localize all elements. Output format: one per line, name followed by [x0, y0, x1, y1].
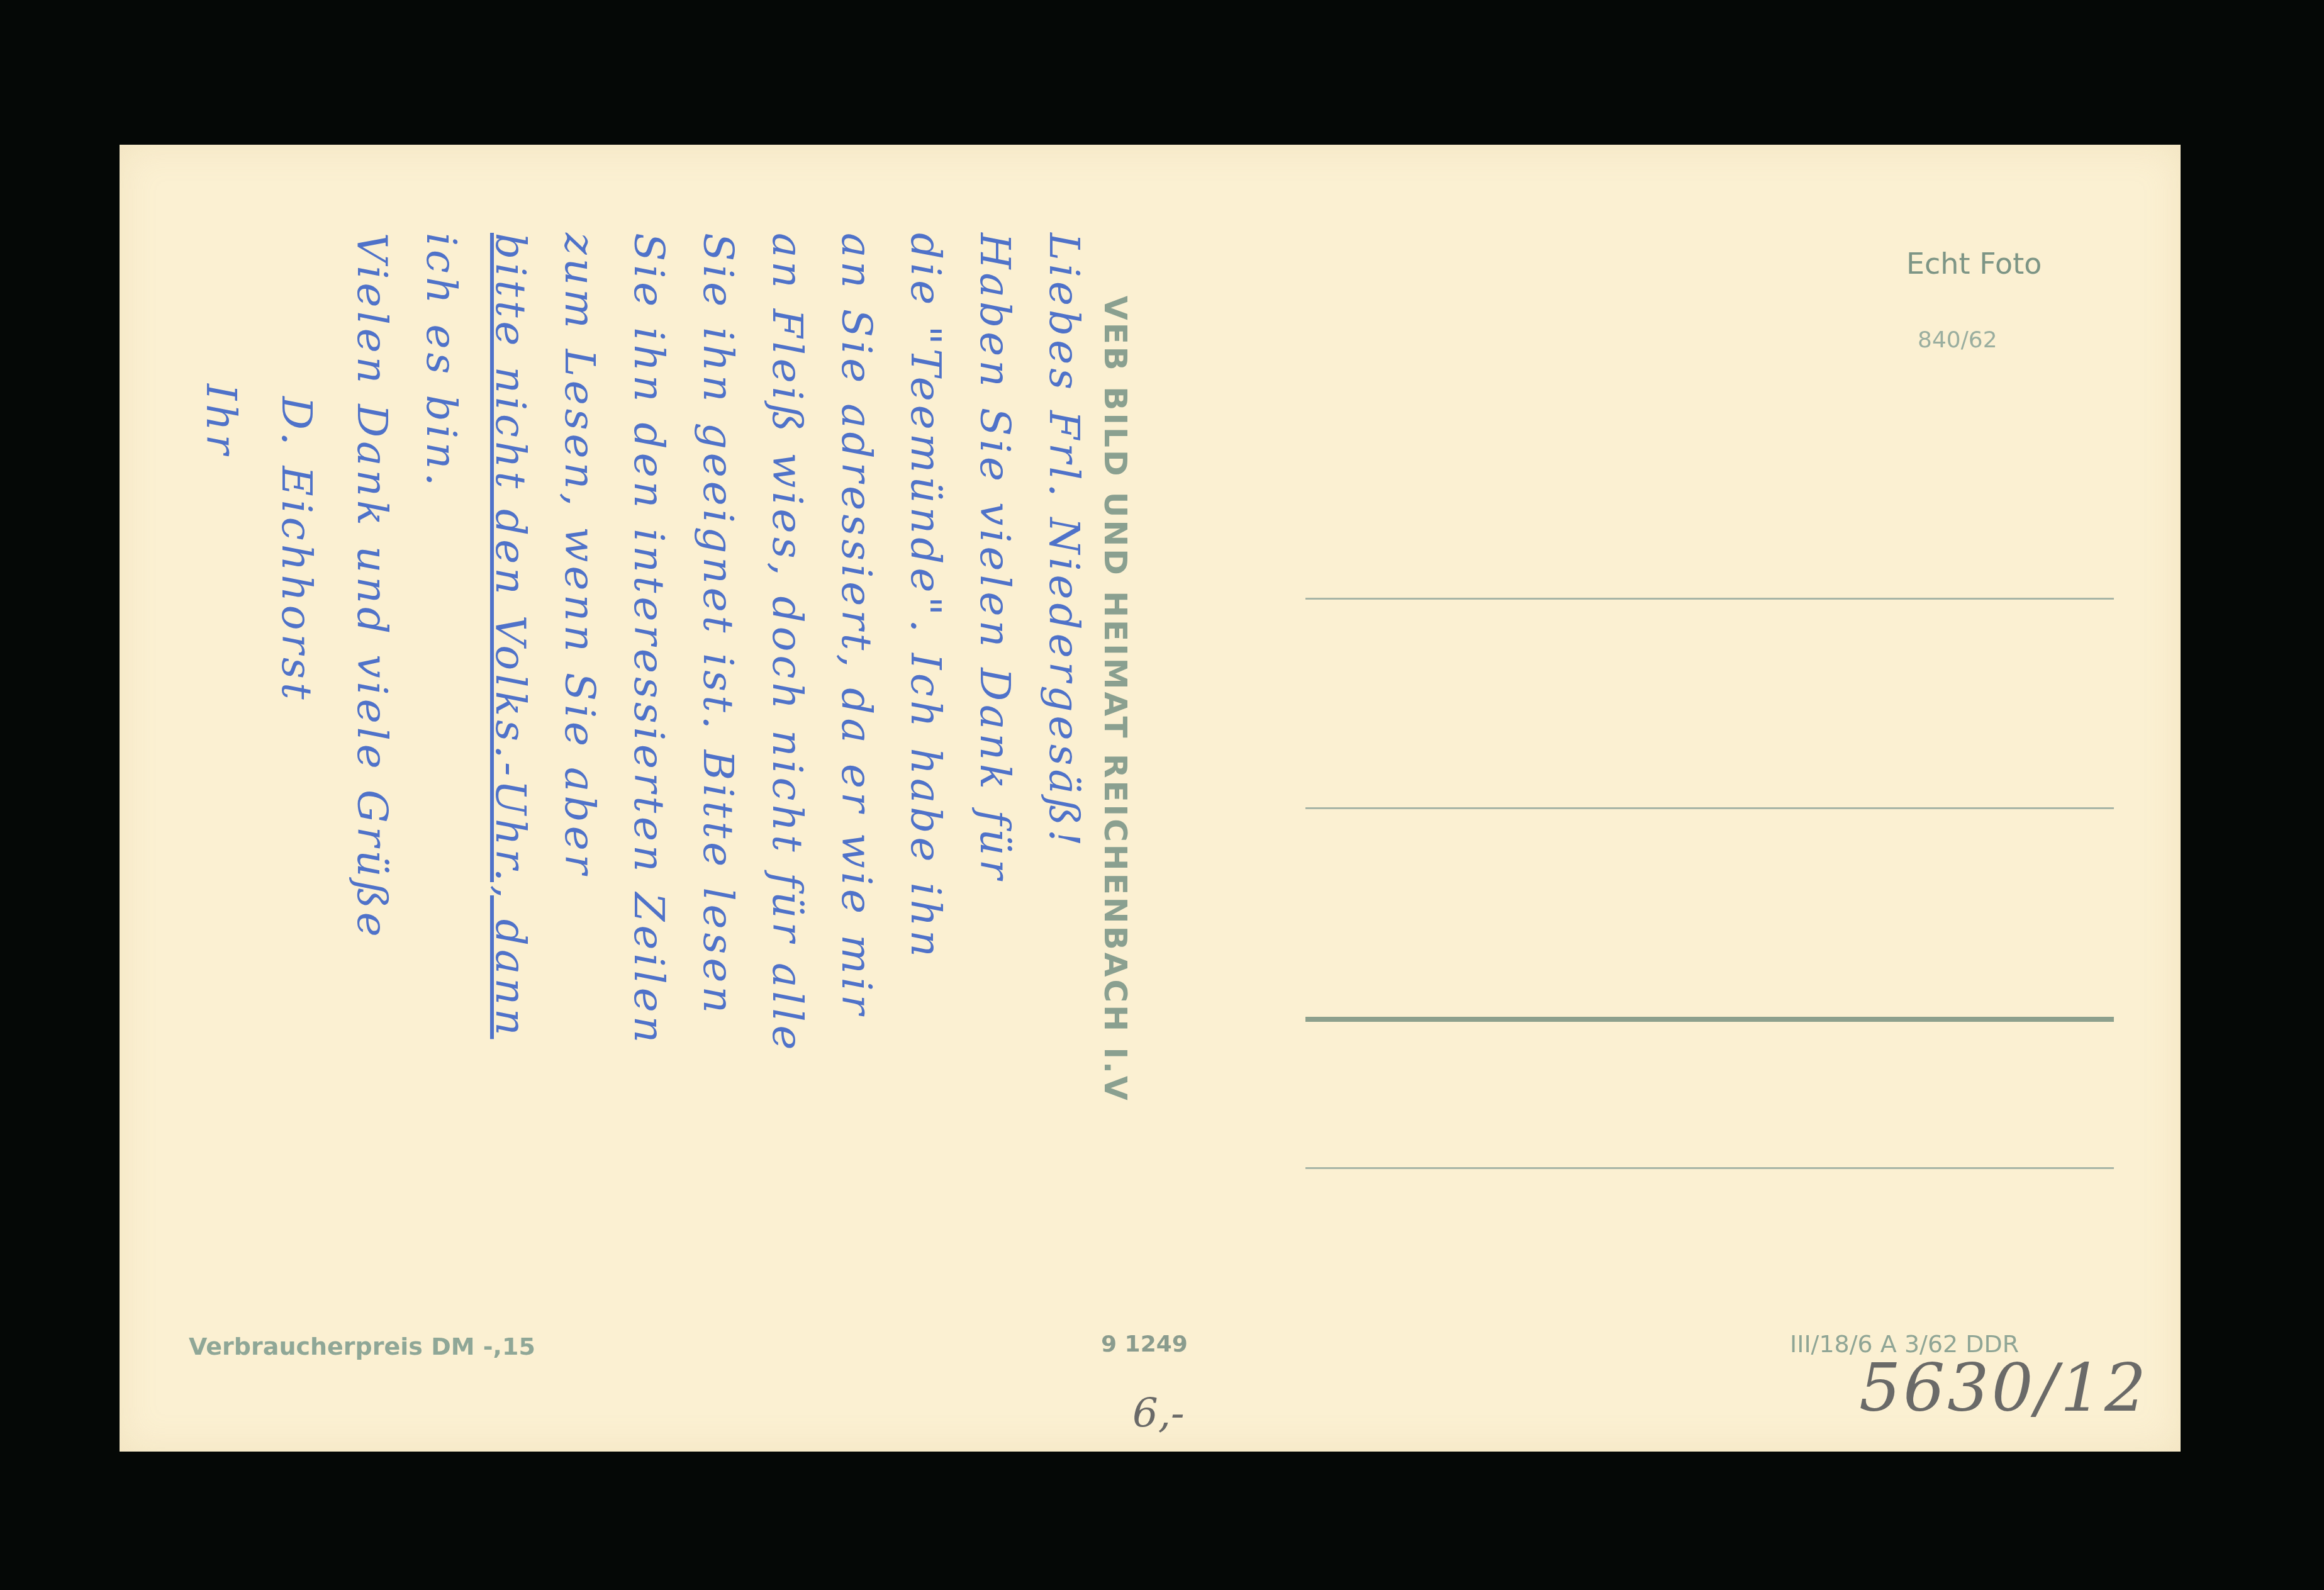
- handwritten-line: an Fleiß wies, doch nicht für alle: [763, 233, 812, 1054]
- handwritten-line: die "Teemünde". Ich habe ihn: [902, 233, 950, 961]
- handwritten-line: ich es bin.: [417, 233, 466, 490]
- address-line-3: [1305, 1017, 2114, 1022]
- consumer-price: Verbraucherpreis DM -,15: [189, 1333, 535, 1360]
- handwritten-line: Liebes Frl. Niedergesäß!: [1040, 233, 1088, 849]
- article-number: 9 1249: [1101, 1331, 1188, 1357]
- address-line-2: [1305, 807, 2114, 809]
- photo-code: 840/62: [1918, 327, 1997, 353]
- handwritten-line: Haben Sie vielen Dank für: [971, 233, 1019, 883]
- handwritten-line: zum Lesen, wenn Sie aber: [556, 233, 604, 878]
- publisher-imprint: VEB BILD UND HEIMAT REICHENBACH I.V: [1097, 296, 1134, 1103]
- handwritten-closing: Ihr: [197, 384, 245, 458]
- handwritten-signature: D. Eichhorst: [272, 396, 321, 703]
- address-line-4: [1305, 1167, 2114, 1169]
- handwritten-line: bitte nicht den Volks.-Uhr., dann: [486, 233, 535, 1039]
- address-line-1: [1305, 598, 2114, 600]
- photo-label: Echt Foto: [1906, 247, 2042, 281]
- pencil-archive-number: 5630/12: [1859, 1350, 2148, 1426]
- handwritten-line: Vielen Dank und viele Grüße: [348, 233, 396, 941]
- pencil-price-mark: 6,-: [1132, 1391, 1185, 1437]
- postcard-back: Echt Foto 840/62 VEB BILD UND HEIMAT REI…: [120, 145, 2181, 1452]
- handwritten-line: an Sie adressiert, da er wie mir: [832, 233, 881, 1018]
- handwritten-line: Sie ihn den interessierten Zeilen: [625, 233, 673, 1046]
- handwritten-line: Sie ihn geeignet ist. Bitte lesen: [694, 233, 742, 1017]
